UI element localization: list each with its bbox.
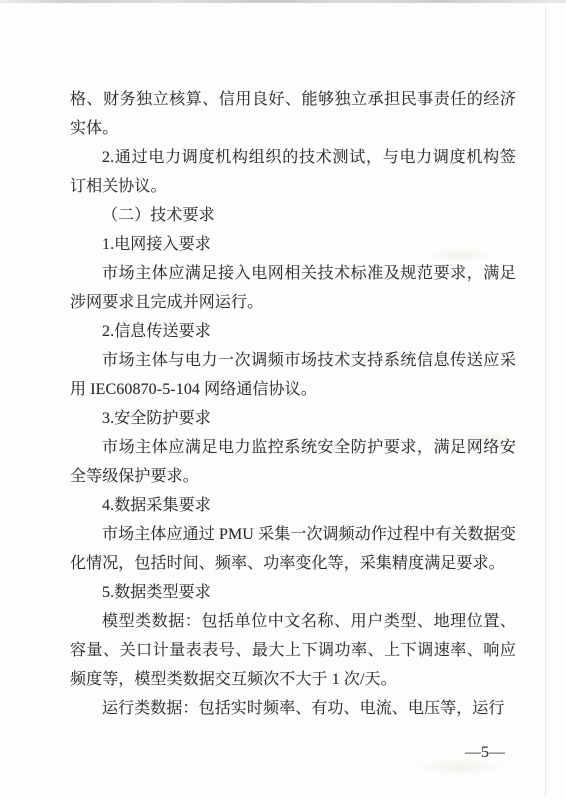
document-page: 格、财务独立核算、信用良好、能够独立承担民事责任的经济实体。 2.通过电力调度机… [0, 0, 566, 800]
item-heading: 2.信息传送要求 [70, 317, 516, 346]
scan-top-edge [0, 0, 566, 3]
page-number: —5— [450, 741, 520, 765]
paragraph: 运行类数据：包括实时频率、有功、电流、电压等，运行 [70, 694, 516, 723]
paragraph: 市场主体应通过 PMU 采集一次调频动作过程中有关数据变化情况，包括时间、频率、… [70, 520, 516, 578]
paragraph: 市场主体与电力一次调频市场技术支持系统信息传送应采用 IEC60870-5-10… [70, 346, 516, 404]
scan-right-edge [545, 6, 546, 796]
item-heading: 3.安全防护要求 [70, 404, 516, 433]
paragraph: 2.通过电力调度机构组织的技术测试，与电力调度机构签订相关协议。 [70, 143, 516, 201]
item-heading: 5.数据类型要求 [70, 578, 516, 607]
item-heading: 1.电网接入要求 [70, 230, 516, 259]
paragraph-continuation: 格、财务独立核算、信用良好、能够独立承担民事责任的经济实体。 [70, 85, 516, 143]
paragraph: 市场主体应满足接入电网相关技术标准及规范要求，满足涉网要求且完成并网运行。 [70, 259, 516, 317]
section-heading: （二）技术要求 [70, 201, 516, 230]
paragraph: 模型类数据：包括单位中文名称、用户类型、地理位置、容量、关口计量表表号、最大上下… [70, 607, 516, 694]
document-body: 格、财务独立核算、信用良好、能够独立承担民事责任的经济实体。 2.通过电力调度机… [70, 85, 516, 723]
paragraph: 市场主体应满足电力监控系统安全防护要求，满足网络安全等级保护要求。 [70, 433, 516, 491]
item-heading: 4.数据采集要求 [70, 491, 516, 520]
